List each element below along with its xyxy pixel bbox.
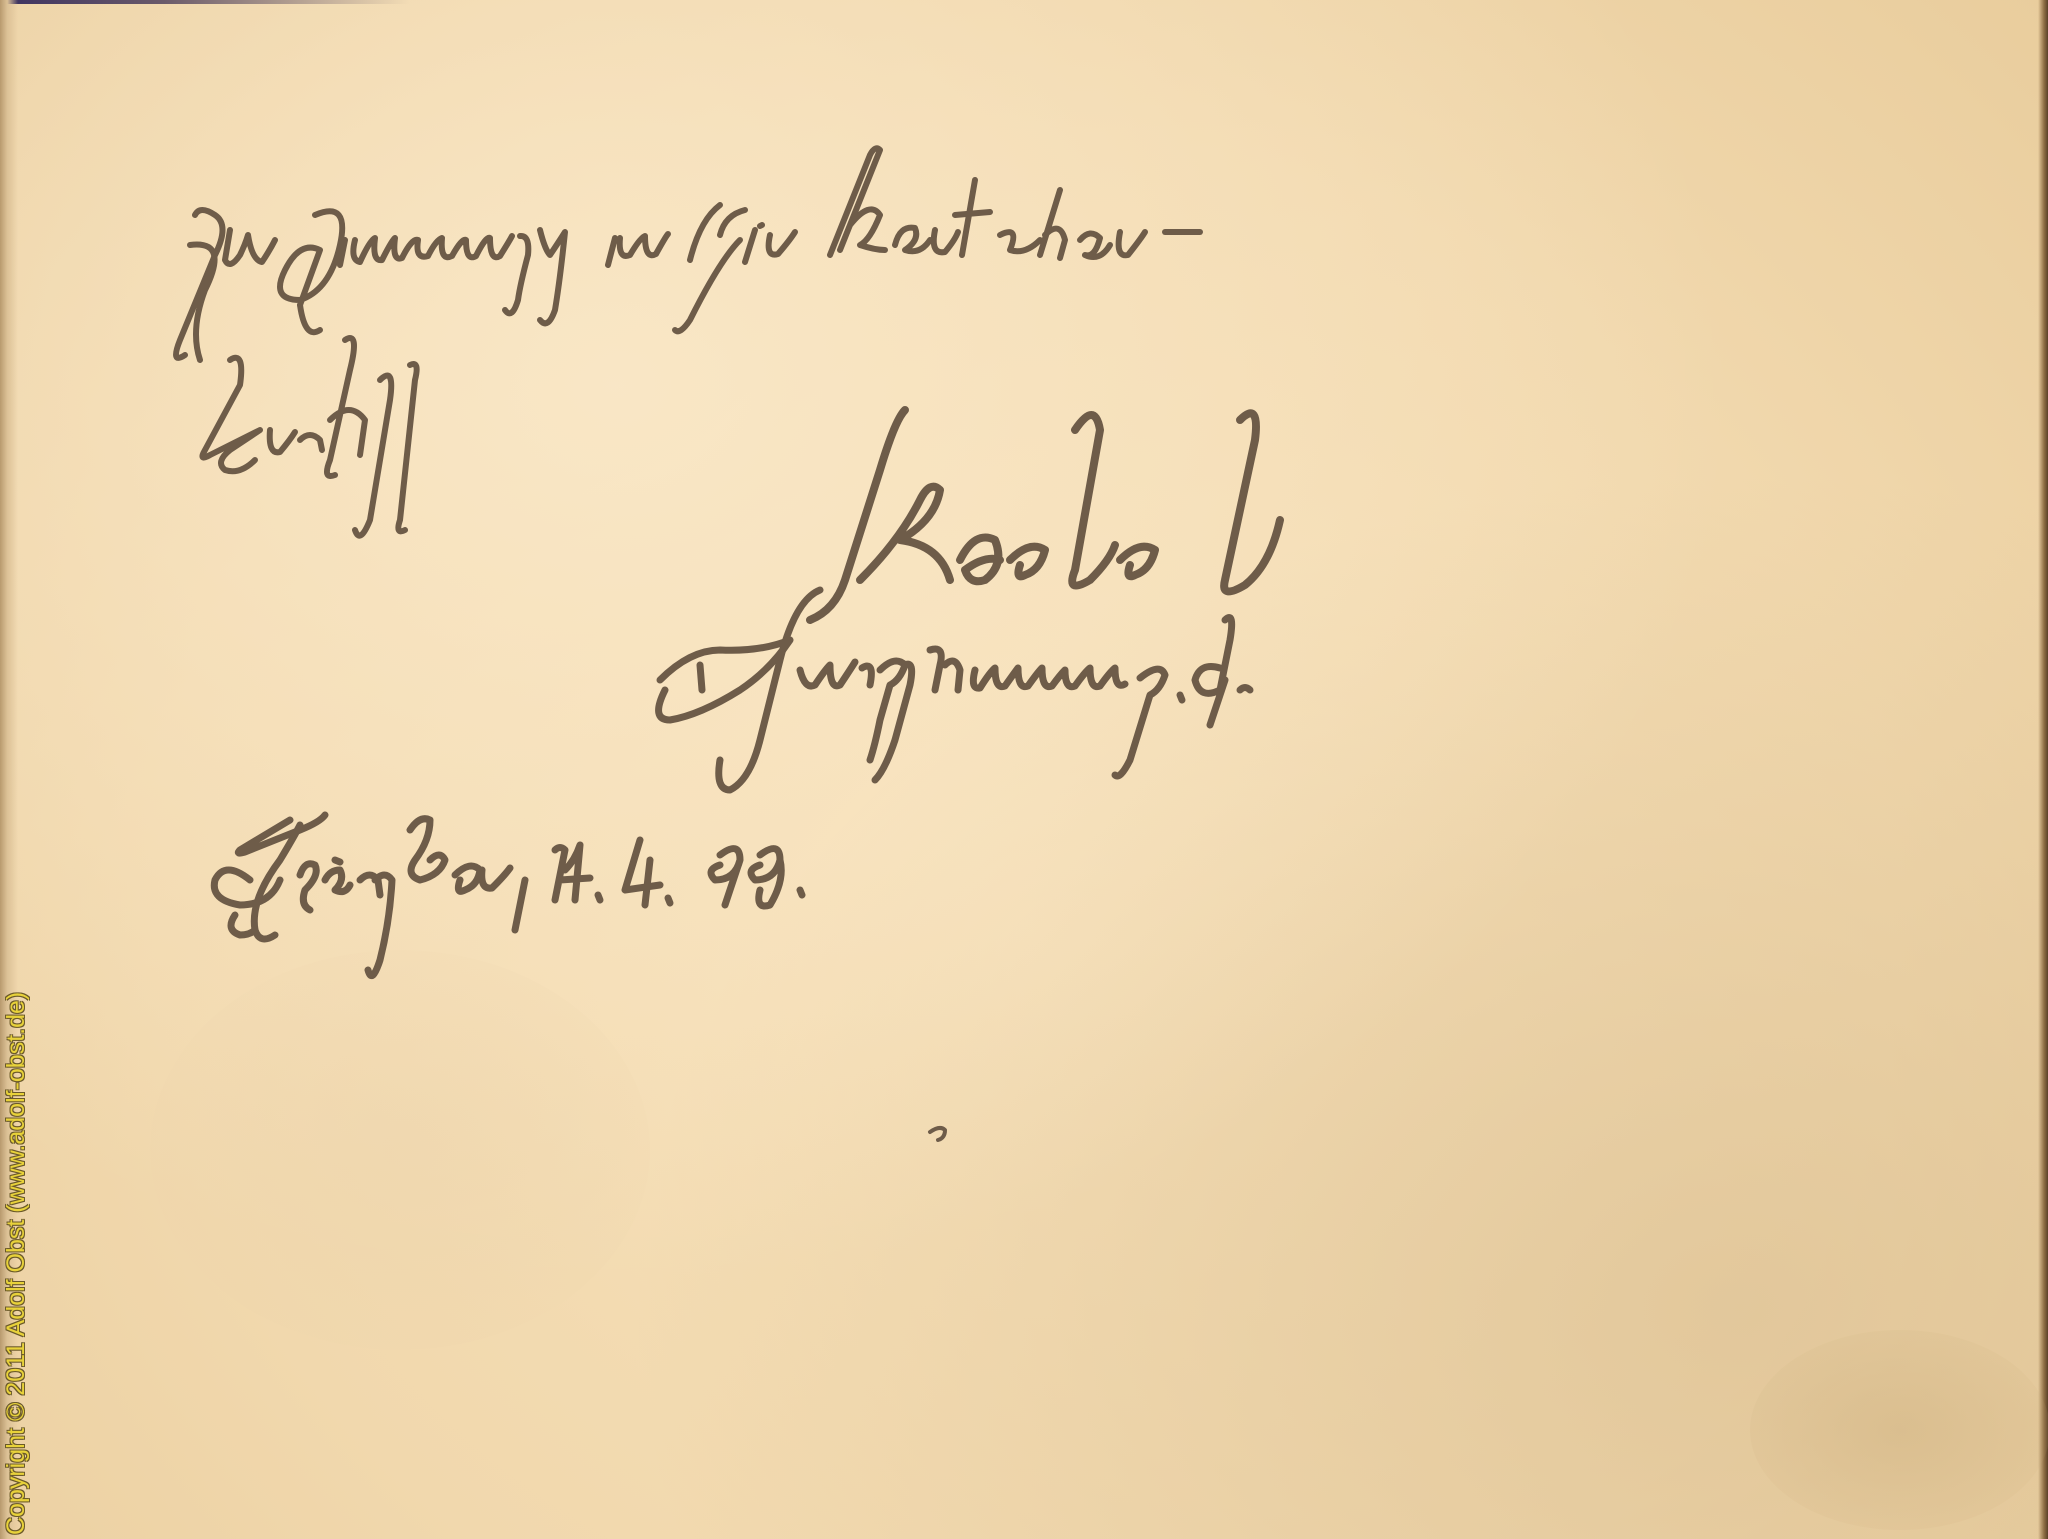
album-page: Zur Erinnerung an die Kiautschau- Fahrt … — [0, 0, 2048, 1539]
stray-ink-mark — [930, 1128, 945, 1140]
copyright-watermark: Copyright © 2011 Adolf Obst (www.adolf-o… — [2, 992, 31, 1535]
